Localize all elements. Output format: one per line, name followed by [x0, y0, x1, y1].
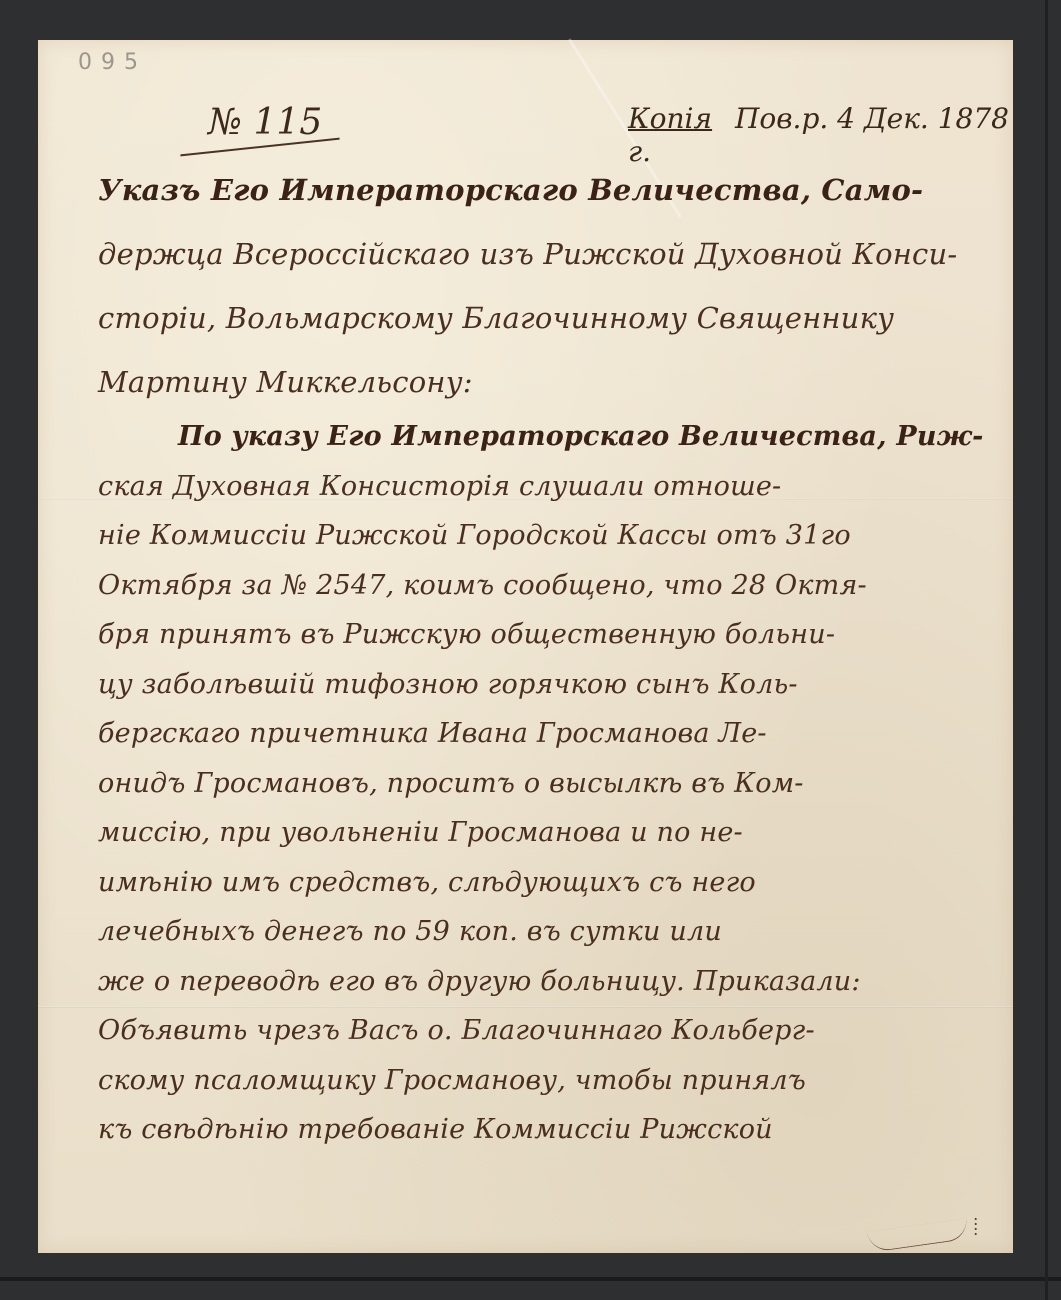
body-line: Октября за № 2547, коимъ сообщено, что 2…: [98, 561, 998, 611]
body-line: бря принятъ въ Рижскую общественную боль…: [98, 610, 998, 660]
body-line: онидъ Гросмановъ, проситъ о высылкѣ въ К…: [98, 759, 998, 809]
salutation-line: держца Всероссійскаго изъ Рижской Духовн…: [98, 222, 998, 286]
body-line: къ свѣдѣнію требованіе Коммиссіи Рижской: [98, 1105, 998, 1155]
body-line: По указу Его Императорскаго Величества, …: [98, 412, 998, 462]
body-line: ская Духовная Консисторія слушали отноше…: [98, 462, 998, 512]
mount-edge-line: [0, 1277, 1061, 1281]
salutation-line: Указъ Его Императорскаго Величества, Сам…: [98, 158, 998, 222]
body-line: Объявить чрезъ Васъ о. Благочиннаго Коль…: [98, 1006, 998, 1056]
body-line: скому псаломщику Гросманову, чтобы приня…: [98, 1056, 998, 1106]
body-line: миссію, при увольненіи Гросманова и по н…: [98, 808, 998, 858]
body-line: ніе Коммиссіи Рижской Городской Кассы от…: [98, 511, 998, 561]
body-line: же о переводѣ его въ другую больницу. Пр…: [98, 957, 998, 1007]
page-continuation-dots: ::: [973, 1215, 978, 1235]
decree-body: По указу Его Императорскаго Величества, …: [98, 412, 998, 1155]
mount-edge-line-right: [1045, 0, 1048, 1300]
page-continuation-flourish: [867, 1218, 969, 1253]
archive-pencil-mark: 0 9 5: [78, 50, 139, 75]
body-line: имѣнію имъ средствъ, слѣдующихъ съ него: [98, 858, 998, 908]
decree-salutation: Указъ Его Императорскаго Величества, Сам…: [98, 158, 998, 414]
body-line: цу заболѣвшій тифозною горячкою сынъ Кол…: [98, 660, 998, 710]
copy-label: Копія: [628, 102, 712, 135]
document-paper: 0 9 5 № 115 Копія Пов.р. 4 Дек. 1878 г. …: [38, 40, 1013, 1253]
salutation-line: сторіи, Вольмарскому Благочинному Священ…: [98, 286, 998, 350]
salutation-line: Мартину Миккельсону:: [98, 350, 998, 414]
body-line: бергскаго причетника Ивана Гросманова Ле…: [98, 709, 998, 759]
document-number: № 115: [208, 102, 322, 143]
body-line: лечебныхъ денегъ по 59 коп. въ сутки или: [98, 907, 998, 957]
